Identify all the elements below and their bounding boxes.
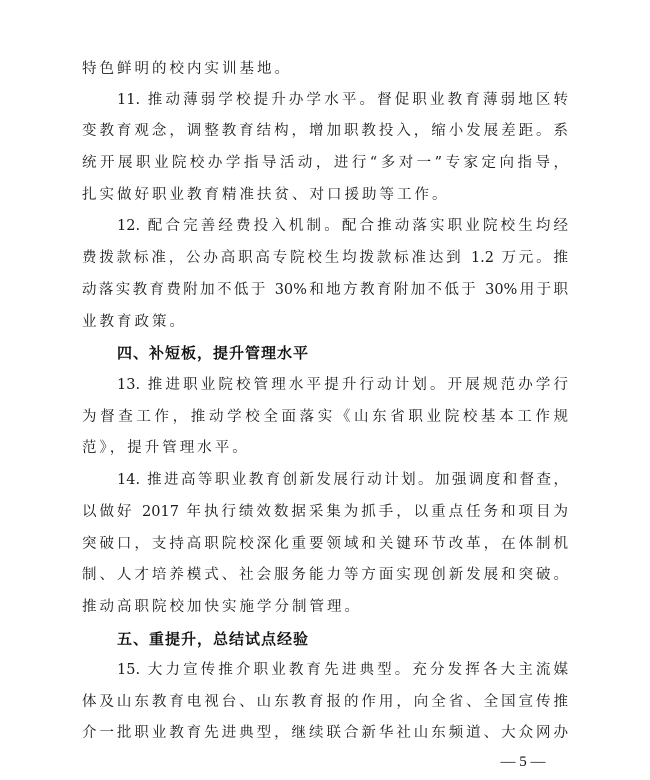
paragraph-line: 以做好 2017 年执行绩效数据采集为抓手，以重点任务和项目为: [82, 501, 568, 523]
paragraph-line: 费拨款标准，公办高职高专院校生均拨款标准达到 1.2 万元。推: [82, 247, 568, 269]
item-12-first-line: 12. 配合完善经费投入机制。配合推动落实职业院校生均经: [117, 215, 568, 237]
paragraph-line: 突破口，支持高职院校深化重要领域和关键环节改革，在体制机: [82, 533, 568, 555]
paragraph-line: 制、人才培养模式、社会服务能力等方面实现创新发展和突破。: [82, 564, 568, 586]
item-14-first-line: 14. 推进高等职业教育创新发展行动计划。加强调度和督查，: [117, 469, 568, 491]
paragraph-line: 扎实做好职业教育精准扶贫、对口援助等工作。: [82, 184, 568, 206]
item-15-first-line: 15. 大力宣传推介职业教育先进典型。充分发挥各大主流媒: [117, 659, 568, 681]
paragraph-line: 体及山东教育电视台、山东教育报的作用，向全省、全国宣传推: [82, 691, 568, 713]
section-heading-4: 四、补短板，提升管理水平: [117, 342, 309, 364]
paragraph-line: 推动高职院校加快实施学分制管理。: [82, 596, 568, 618]
paragraph-line: 统开展职业院校办学指导活动，进行“多对一”专家定向指导，: [82, 152, 568, 174]
section-heading-5: 五、重提升，总结试点经验: [117, 628, 309, 650]
paragraph-line: 变教育观念，调整教育结构，增加职教投入，缩小发展差距。系: [82, 120, 568, 142]
paragraph-line: 动落实教育费附加不低于 30%和地方教育附加不低于 30%用于职: [82, 279, 568, 301]
paragraph-line: 范》，提升管理水平。: [82, 437, 568, 459]
document-page: 特色鲜明的校内实训基地。 11. 推动薄弱学校提升办学水平。督促职业教育薄弱地区…: [0, 0, 650, 780]
paragraph-line: 为督查工作，推动学校全面落实《山东省职业院校基本工作规: [82, 406, 568, 428]
paragraph-line: 介一批职业教育先进典型，继续联合新华社山东频道、大众网办: [82, 722, 568, 744]
paragraph-line: 特色鲜明的校内实训基地。: [82, 58, 568, 80]
page-number: — 5 —: [490, 752, 556, 772]
paragraph-line: 业教育政策。: [82, 311, 568, 333]
item-13-first-line: 13. 推进职业院校管理水平提升行动计划。开展规范办学行: [117, 374, 568, 396]
item-11-first-line: 11. 推动薄弱学校提升办学水平。督促职业教育薄弱地区转: [117, 89, 568, 111]
